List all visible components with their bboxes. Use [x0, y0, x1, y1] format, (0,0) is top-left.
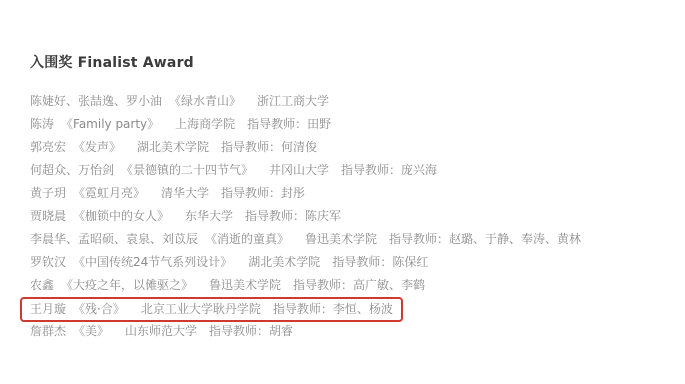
row-work-title: 《发声》 — [73, 136, 121, 159]
row-work-title: 《残·合》 — [73, 299, 125, 320]
row-work-title: 《中国传统24节气系列设计》 — [73, 251, 232, 274]
row-advisors: 指导教师：封彤 — [221, 182, 305, 205]
award-row: 詹群杰《美》山东师范大学指导教师：胡睿 — [30, 320, 293, 343]
page-title: 入围奖 Finalist Award — [30, 52, 685, 72]
row-advisors: 指导教师：胡睿 — [209, 320, 293, 343]
row-authors: 詹群杰 — [30, 320, 66, 343]
row-advisors: 指导教师：陈庆军 — [245, 205, 341, 228]
row-school: 鲁迅美术学院 — [209, 274, 281, 297]
award-row-highlighted: 王月璇《残·合》北京工业大学耿丹学院指导教师：李恒、杨波 — [20, 297, 403, 322]
row-work-title: 《消逝的童真》 — [205, 228, 289, 251]
row-work-title: 《枷锁中的女人》 — [73, 205, 169, 228]
row-school: 山东师范大学 — [125, 320, 197, 343]
award-row: 罗钦汉《中国传统24节气系列设计》湖北美术学院指导教师：陈保红 — [30, 251, 428, 274]
award-row: 陈婕好、张喆逸、罗小油《绿水青山》浙江工商大学 — [30, 90, 329, 113]
row-school: 井冈山大学 — [269, 159, 329, 182]
row-authors: 何超众、万怡剑 — [30, 159, 114, 182]
row-school: 浙江工商大学 — [257, 90, 329, 113]
row-school: 清华大学 — [161, 182, 209, 205]
row-authors: 王月璇 — [30, 299, 66, 320]
row-advisors: 指导教师：何清俊 — [221, 136, 317, 159]
row-authors: 陈涛 — [30, 113, 54, 136]
award-page: 入围奖 Finalist Award 陈婕好、张喆逸、罗小油《绿水青山》浙江工商… — [0, 0, 685, 384]
row-school: 东华大学 — [185, 205, 233, 228]
row-school: 湖北美术学院 — [248, 251, 320, 274]
award-row: 农鑫《大疫之年，以傩驱之》鲁迅美术学院指导教师：高广敏、李鹤 — [30, 274, 425, 297]
row-advisors: 指导教师：高广敏、李鹤 — [293, 274, 425, 297]
row-advisors: 指导教师：庞兴海 — [341, 159, 437, 182]
row-school: 鲁迅美术学院 — [305, 228, 377, 251]
row-authors: 李晨华、孟昭硕、袁泉、刘苡辰 — [30, 228, 198, 251]
row-advisors: 指导教师：陈保红 — [332, 251, 428, 274]
row-authors: 罗钦汉 — [30, 251, 66, 274]
row-authors: 黄子玥 — [30, 182, 66, 205]
row-work-title: 《Family party》 — [61, 113, 159, 136]
row-advisors: 指导教师：田野 — [247, 113, 331, 136]
award-row: 郭亮宏《发声》湖北美术学院指导教师：何清俊 — [30, 136, 317, 159]
row-authors: 陈婕好、张喆逸、罗小油 — [30, 90, 162, 113]
row-work-title: 《景德镇的二十四节气》 — [121, 159, 253, 182]
row-advisors: 指导教师：赵璐、于静、奉涛、黄林 — [389, 228, 581, 251]
award-row: 李晨华、孟昭硕、袁泉、刘苡辰《消逝的童真》鲁迅美术学院指导教师：赵璐、于静、奉涛… — [30, 228, 581, 251]
finalist-award-list: 陈婕好、张喆逸、罗小油《绿水青山》浙江工商大学 陈涛《Family party》… — [30, 90, 685, 343]
award-row: 黄子玥《霓虹月亮》清华大学指导教师：封彤 — [30, 182, 305, 205]
row-authors: 贾晓晨 — [30, 205, 66, 228]
award-row: 何超众、万怡剑《景德镇的二十四节气》井冈山大学指导教师：庞兴海 — [30, 159, 437, 182]
row-school: 上海商学院 — [175, 113, 235, 136]
award-row: 贾晓晨《枷锁中的女人》东华大学指导教师：陈庆军 — [30, 205, 341, 228]
row-authors: 郭亮宏 — [30, 136, 66, 159]
row-work-title: 《霓虹月亮》 — [73, 182, 145, 205]
row-work-title: 《大疫之年，以傩驱之》 — [61, 274, 193, 297]
row-authors: 农鑫 — [30, 274, 54, 297]
row-school: 湖北美术学院 — [137, 136, 209, 159]
row-work-title: 《美》 — [73, 320, 109, 343]
row-advisors: 指导教师：李恒、杨波 — [273, 299, 393, 320]
row-school: 北京工业大学耿丹学院 — [141, 299, 261, 320]
award-row: 陈涛《Family party》上海商学院指导教师：田野 — [30, 113, 331, 136]
row-work-title: 《绿水青山》 — [169, 90, 241, 113]
